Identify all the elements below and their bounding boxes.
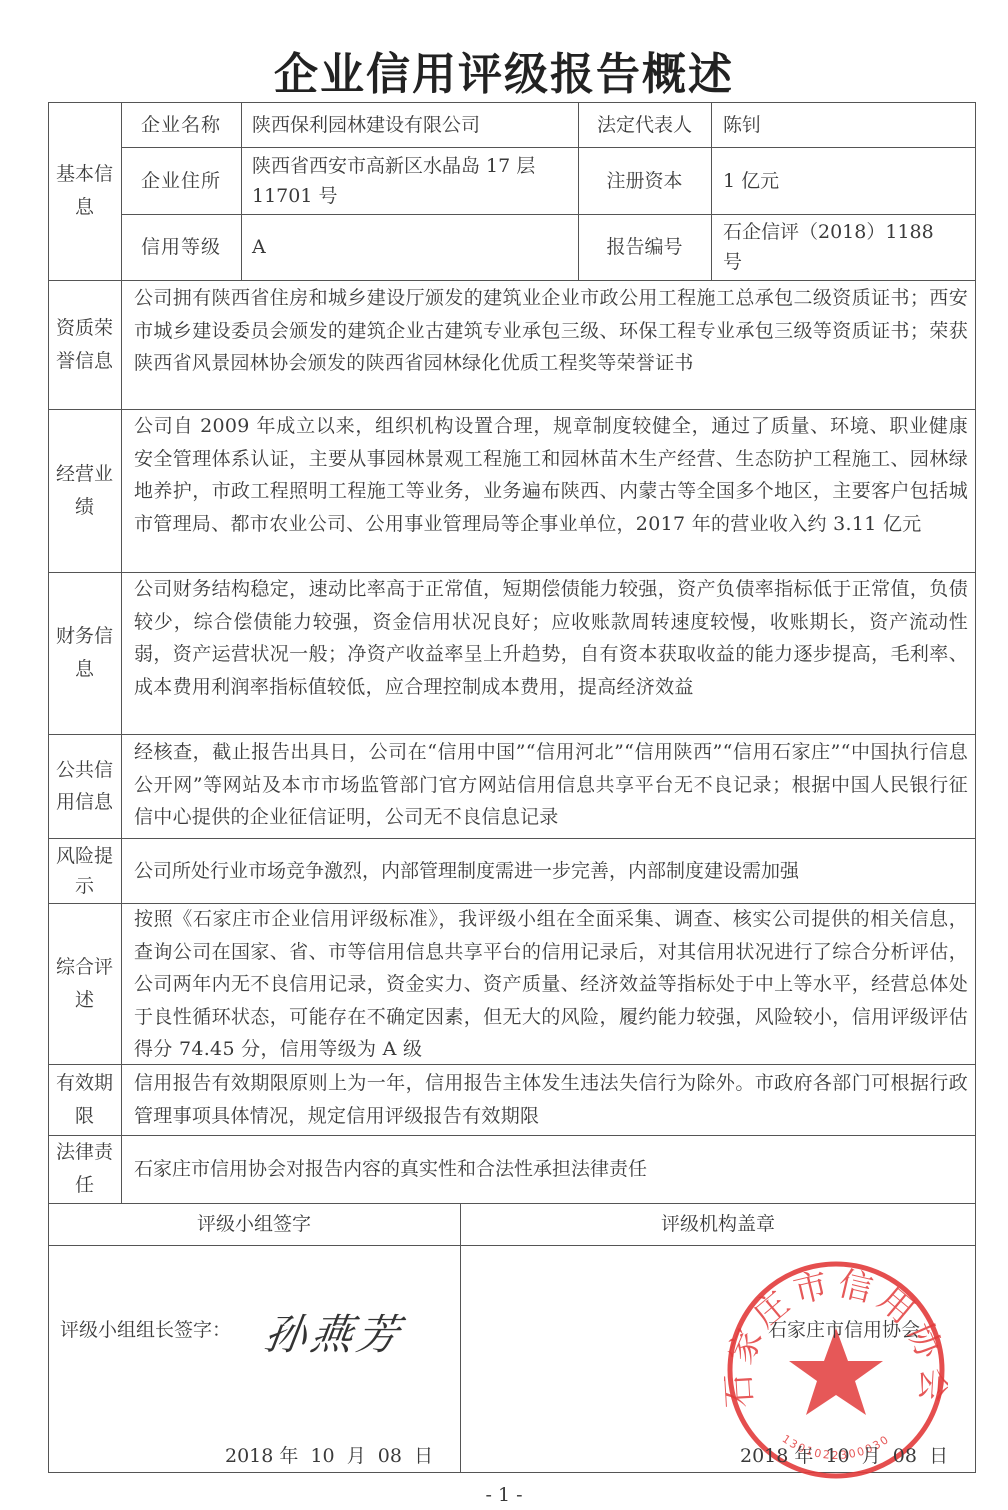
section-label-risk: 风险提示 xyxy=(48,838,121,903)
section-label-financial: 财务信息 xyxy=(48,572,121,734)
org-name: 石家庄市信用协会 xyxy=(768,1312,920,1348)
label-legal-rep: 法定代表人 xyxy=(578,102,711,147)
label-company-name: 企业名称 xyxy=(121,102,241,147)
leader-signature: 孙燕芳 xyxy=(261,1302,407,1362)
value-credit-rating: A xyxy=(252,214,572,280)
document-title: 企业信用评级报告概述 xyxy=(0,38,1008,102)
page-number: - 1 - xyxy=(0,1484,1008,1506)
right-date: 2018 年 10 月 08 日 xyxy=(740,1438,948,1474)
label-report-number: 报告编号 xyxy=(578,214,711,280)
value-company-name: 陕西保利园林建设有限公司 xyxy=(252,102,572,147)
header-rating-team-signature: 评级小组签字 xyxy=(48,1203,460,1245)
row-divider xyxy=(48,1245,976,1246)
header-org-seal: 评级机构盖章 xyxy=(460,1203,976,1245)
section-label-qualification: 资质荣誉信息 xyxy=(48,280,121,409)
row-divider xyxy=(48,734,976,735)
section-text-public-credit: 经核查，截止报告出具日，公司在“信用中国”“信用河北”“信用陕西”“信用石家庄”… xyxy=(134,736,968,834)
section-label-basic-info: 基本信息 xyxy=(48,102,121,280)
section-text-legal: 石家庄市信用协会对报告内容的真实性和合法性承担法律责任 xyxy=(134,1135,968,1203)
col-divider xyxy=(241,102,242,280)
label-company-address: 企业住所 xyxy=(121,147,241,214)
section-text-risk: 公司所处行业市场竞争激烈，内部管理制度需进一步完善，内部制度建设需加强 xyxy=(134,838,968,903)
row-divider xyxy=(48,280,976,281)
section-text-performance: 公司自 2009 年成立以来，组织机构设置合理，规章制度较健全，通过了质量、环境… xyxy=(134,410,968,540)
value-legal-rep: 陈钊 xyxy=(723,102,968,147)
label-credit-rating: 信用等级 xyxy=(121,214,241,280)
leader-signature-label: 评级小组组长签字： xyxy=(60,1310,231,1350)
left-date: 2018 年 10 月 08 日 xyxy=(225,1438,433,1474)
value-report-number: 石企信评（2018）1188 号 xyxy=(723,214,953,280)
section-text-financial: 公司财务结构稳定，速动比率高于正常值，短期偿债能力较强，资产负债率指标低于正常值… xyxy=(134,573,968,703)
section-label-performance: 经营业绩 xyxy=(48,409,121,572)
section-label-summary: 综合评述 xyxy=(48,903,121,1064)
value-company-address: 陕西省西安市高新区水晶岛 17 层 11701 号 xyxy=(252,147,574,214)
section-text-validity: 信用报告有效期限原则上为一年，信用报告主体发生违法失信行为除外。市政府各部门可根… xyxy=(134,1067,968,1132)
value-registered-capital: 1 亿元 xyxy=(723,147,968,214)
label-registered-capital: 注册资本 xyxy=(578,147,711,214)
col-divider xyxy=(711,102,712,280)
section-label-legal: 法律责任 xyxy=(48,1135,121,1203)
section-text-summary: 按照《石家庄市企业信用评级标准》，我评级小组在全面采集、调查、核实公司提供的相关… xyxy=(134,903,968,1066)
section-text-qualification: 公司拥有陕西省住房和城乡建设厅颁发的建筑业企业市政公用工程施工总承包二级资质证书… xyxy=(134,282,968,380)
section-label-validity: 有效期限 xyxy=(48,1064,121,1135)
section-label-public-credit: 公共信用信息 xyxy=(48,734,121,838)
